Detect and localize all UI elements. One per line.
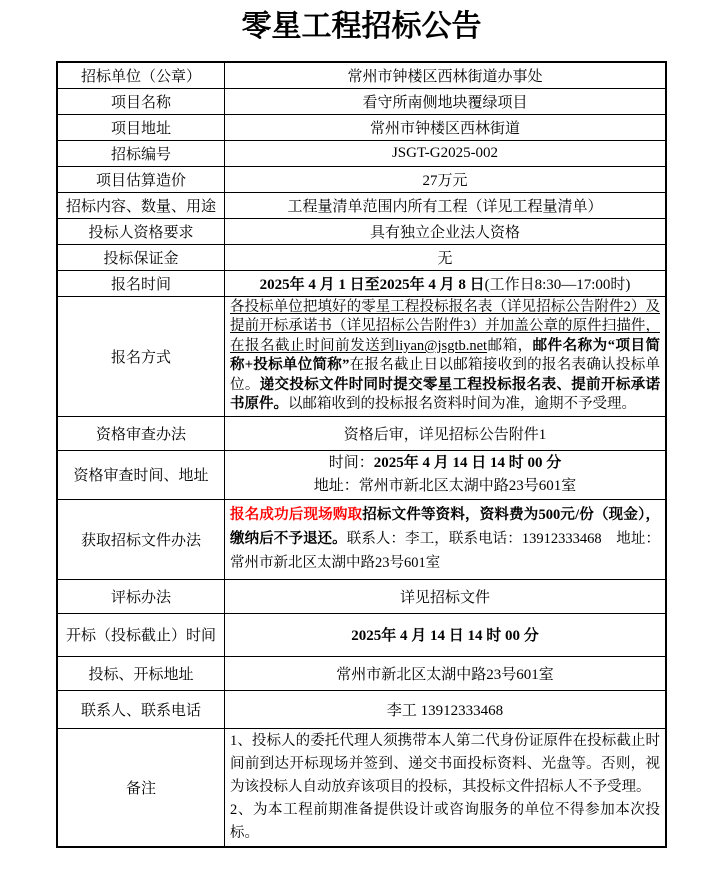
table-row-bid-opening-address: 投标、开标地址 常州市新北区太湖中路23号601室 xyxy=(57,656,666,690)
row-value-tender-unit: 常州市钟楼区西林街道办事处 xyxy=(225,62,667,88)
row-value-document-acquisition: 报名成功后现场购取招标文件等资料，资料费为500元/份（现金），缴纳后不予退还。… xyxy=(225,499,667,579)
table-row-remarks: 备注 1、投标人的委托代理人须携带本人第二代身份证原件在投标截止时间前到达开标现… xyxy=(57,728,666,847)
table-row-contact: 联系人、联系电话 李工 13912333468 xyxy=(57,690,666,728)
row-label-qualification-review-method: 资格审查办法 xyxy=(57,416,225,450)
row-value-bid-opening-address: 常州市新北区太湖中路23号601室 xyxy=(225,656,667,690)
remarks-item-1: 1、投标人的委托代理人须携带本人第二代身份证原件在投标截止时间前到达开标现场并签… xyxy=(230,730,660,799)
row-label-remarks: 备注 xyxy=(57,728,225,847)
row-value-bidder-qualification: 具有独立企业法人资格 xyxy=(225,218,667,244)
row-value-tender-number: JSGT-G2025-002 xyxy=(225,140,667,166)
page-title: 零星工程招标公告 xyxy=(0,6,723,48)
table-row-project-name: 项目名称 看守所南侧地块覆绿项目 xyxy=(57,88,666,114)
row-label-qualification-review-time-address: 资格审查时间、地址 xyxy=(57,450,225,499)
row-label-contact: 联系人、联系电话 xyxy=(57,690,225,728)
table-row-tender-content: 招标内容、数量、用途 工程量清单范围内所有工程（详见工程量清单） xyxy=(57,192,666,218)
row-label-bid-opening-time: 开标（投标截止）时间 xyxy=(57,613,225,656)
row-label-tender-unit: 招标单位（公章） xyxy=(57,62,225,88)
row-label-estimated-cost: 项目估算造价 xyxy=(57,166,225,192)
row-value-qualification-review-time-address: 时间：2025年 4 月 14 日 14 时 00 分 地址：常州市新北区太湖中… xyxy=(225,450,667,499)
row-label-bid-bond: 投标保证金 xyxy=(57,244,225,270)
document-acquisition-red-text: 报名成功后现场购取 xyxy=(230,507,362,523)
row-value-contact: 李工 13912333468 xyxy=(225,690,667,728)
registration-date-range: 2025年 4 月 1 日至2025年 4 月 8 日 xyxy=(260,277,485,293)
table-row-bid-opening-time: 开标（投标截止）时间 2025年 4 月 14 日 14 时 00 分 xyxy=(57,613,666,656)
qualification-review-time-value: 2025年 4 月 14 日 14 时 00 分 xyxy=(374,455,562,471)
table-row-document-acquisition: 获取招标文件办法 报名成功后现场购取招标文件等资料，资料费为500元/份（现金）… xyxy=(57,499,666,579)
remarks-item-2: 2、为本工程前期准备提供设计或咨询服务的单位不得参加本次投标。 xyxy=(230,799,660,845)
row-label-bidder-qualification: 投标人资格要求 xyxy=(57,218,225,244)
qualification-review-address-line: 地址：常州市新北区太湖中路23号601室 xyxy=(229,475,661,498)
row-value-project-name: 看守所南侧地块覆绿项目 xyxy=(225,88,667,114)
row-value-qualification-review-method: 资格后审，详见招标公告附件1 xyxy=(225,416,667,450)
table-row-project-address: 项目地址 常州市钟楼区西林街道 xyxy=(57,114,666,140)
table-row-bid-bond: 投标保证金 无 xyxy=(57,244,666,270)
qualification-review-time-line: 时间：2025年 4 月 14 日 14 时 00 分 xyxy=(229,452,661,475)
row-label-tender-content: 招标内容、数量、用途 xyxy=(57,192,225,218)
registration-time-note: (工作日8:30—17:00时) xyxy=(485,277,631,293)
row-value-remarks: 1、投标人的委托代理人须携带本人第二代身份证原件在投标截止时间前到达开标现场并签… xyxy=(225,728,667,847)
row-label-bid-opening-address: 投标、开标地址 xyxy=(57,656,225,690)
row-value-project-address: 常州市钟楼区西林街道 xyxy=(225,114,667,140)
row-value-registration-time: 2025年 4 月 1 日至2025年 4 月 8 日(工作日8:30—17:0… xyxy=(225,270,667,296)
row-value-bid-opening-time: 2025年 4 月 14 日 14 时 00 分 xyxy=(225,613,667,656)
row-label-registration-method: 报名方式 xyxy=(57,296,225,416)
row-value-estimated-cost: 27万元 xyxy=(225,166,667,192)
row-label-evaluation-method: 评标办法 xyxy=(57,579,225,613)
row-value-bid-bond: 无 xyxy=(225,244,667,270)
row-label-registration-time: 报名时间 xyxy=(57,270,225,296)
table-row-estimated-cost: 项目估算造价 27万元 xyxy=(57,166,666,192)
row-label-project-name: 项目名称 xyxy=(57,88,225,114)
qualification-review-time-label: 时间： xyxy=(329,455,374,471)
tender-announcement-table: 招标单位（公章） 常州市钟楼区西林街道办事处 项目名称 看守所南侧地块覆绿项目 … xyxy=(56,61,667,848)
registration-method-deadline: 以邮箱收到的投标报名资料时间为准，逾期不予受理。 xyxy=(288,396,636,412)
table-row-registration-time: 报名时间 2025年 4 月 1 日至2025年 4 月 8 日(工作日8:30… xyxy=(57,270,666,296)
row-value-evaluation-method: 详见招标文件 xyxy=(225,579,667,613)
row-value-registration-method: 各投标单位把填好的零星工程投标报名表（详见招标公告附件2）及提前开标承诺书（详见… xyxy=(225,296,667,416)
registration-method-after-email: 邮箱， xyxy=(487,338,533,354)
table-row-tender-unit: 招标单位（公章） 常州市钟楼区西林街道办事处 xyxy=(57,62,666,88)
table-row-qualification-review-time-address: 资格审查时间、地址 时间：2025年 4 月 14 日 14 时 00 分 地址… xyxy=(57,450,666,499)
table-row-qualification-review-method: 资格审查办法 资格后审，详见招标公告附件1 xyxy=(57,416,666,450)
table-row-registration-method: 报名方式 各投标单位把填好的零星工程投标报名表（详见招标公告附件2）及提前开标承… xyxy=(57,296,666,416)
row-value-tender-content: 工程量清单范围内所有工程（详见工程量清单） xyxy=(225,192,667,218)
table-row-evaluation-method: 评标办法 详见招标文件 xyxy=(57,579,666,613)
table-row-bidder-qualification: 投标人资格要求 具有独立企业法人资格 xyxy=(57,218,666,244)
row-label-tender-number: 招标编号 xyxy=(57,140,225,166)
table-row-tender-number: 招标编号 JSGT-G2025-002 xyxy=(57,140,666,166)
row-label-document-acquisition: 获取招标文件办法 xyxy=(57,499,225,579)
row-label-project-address: 项目地址 xyxy=(57,114,225,140)
